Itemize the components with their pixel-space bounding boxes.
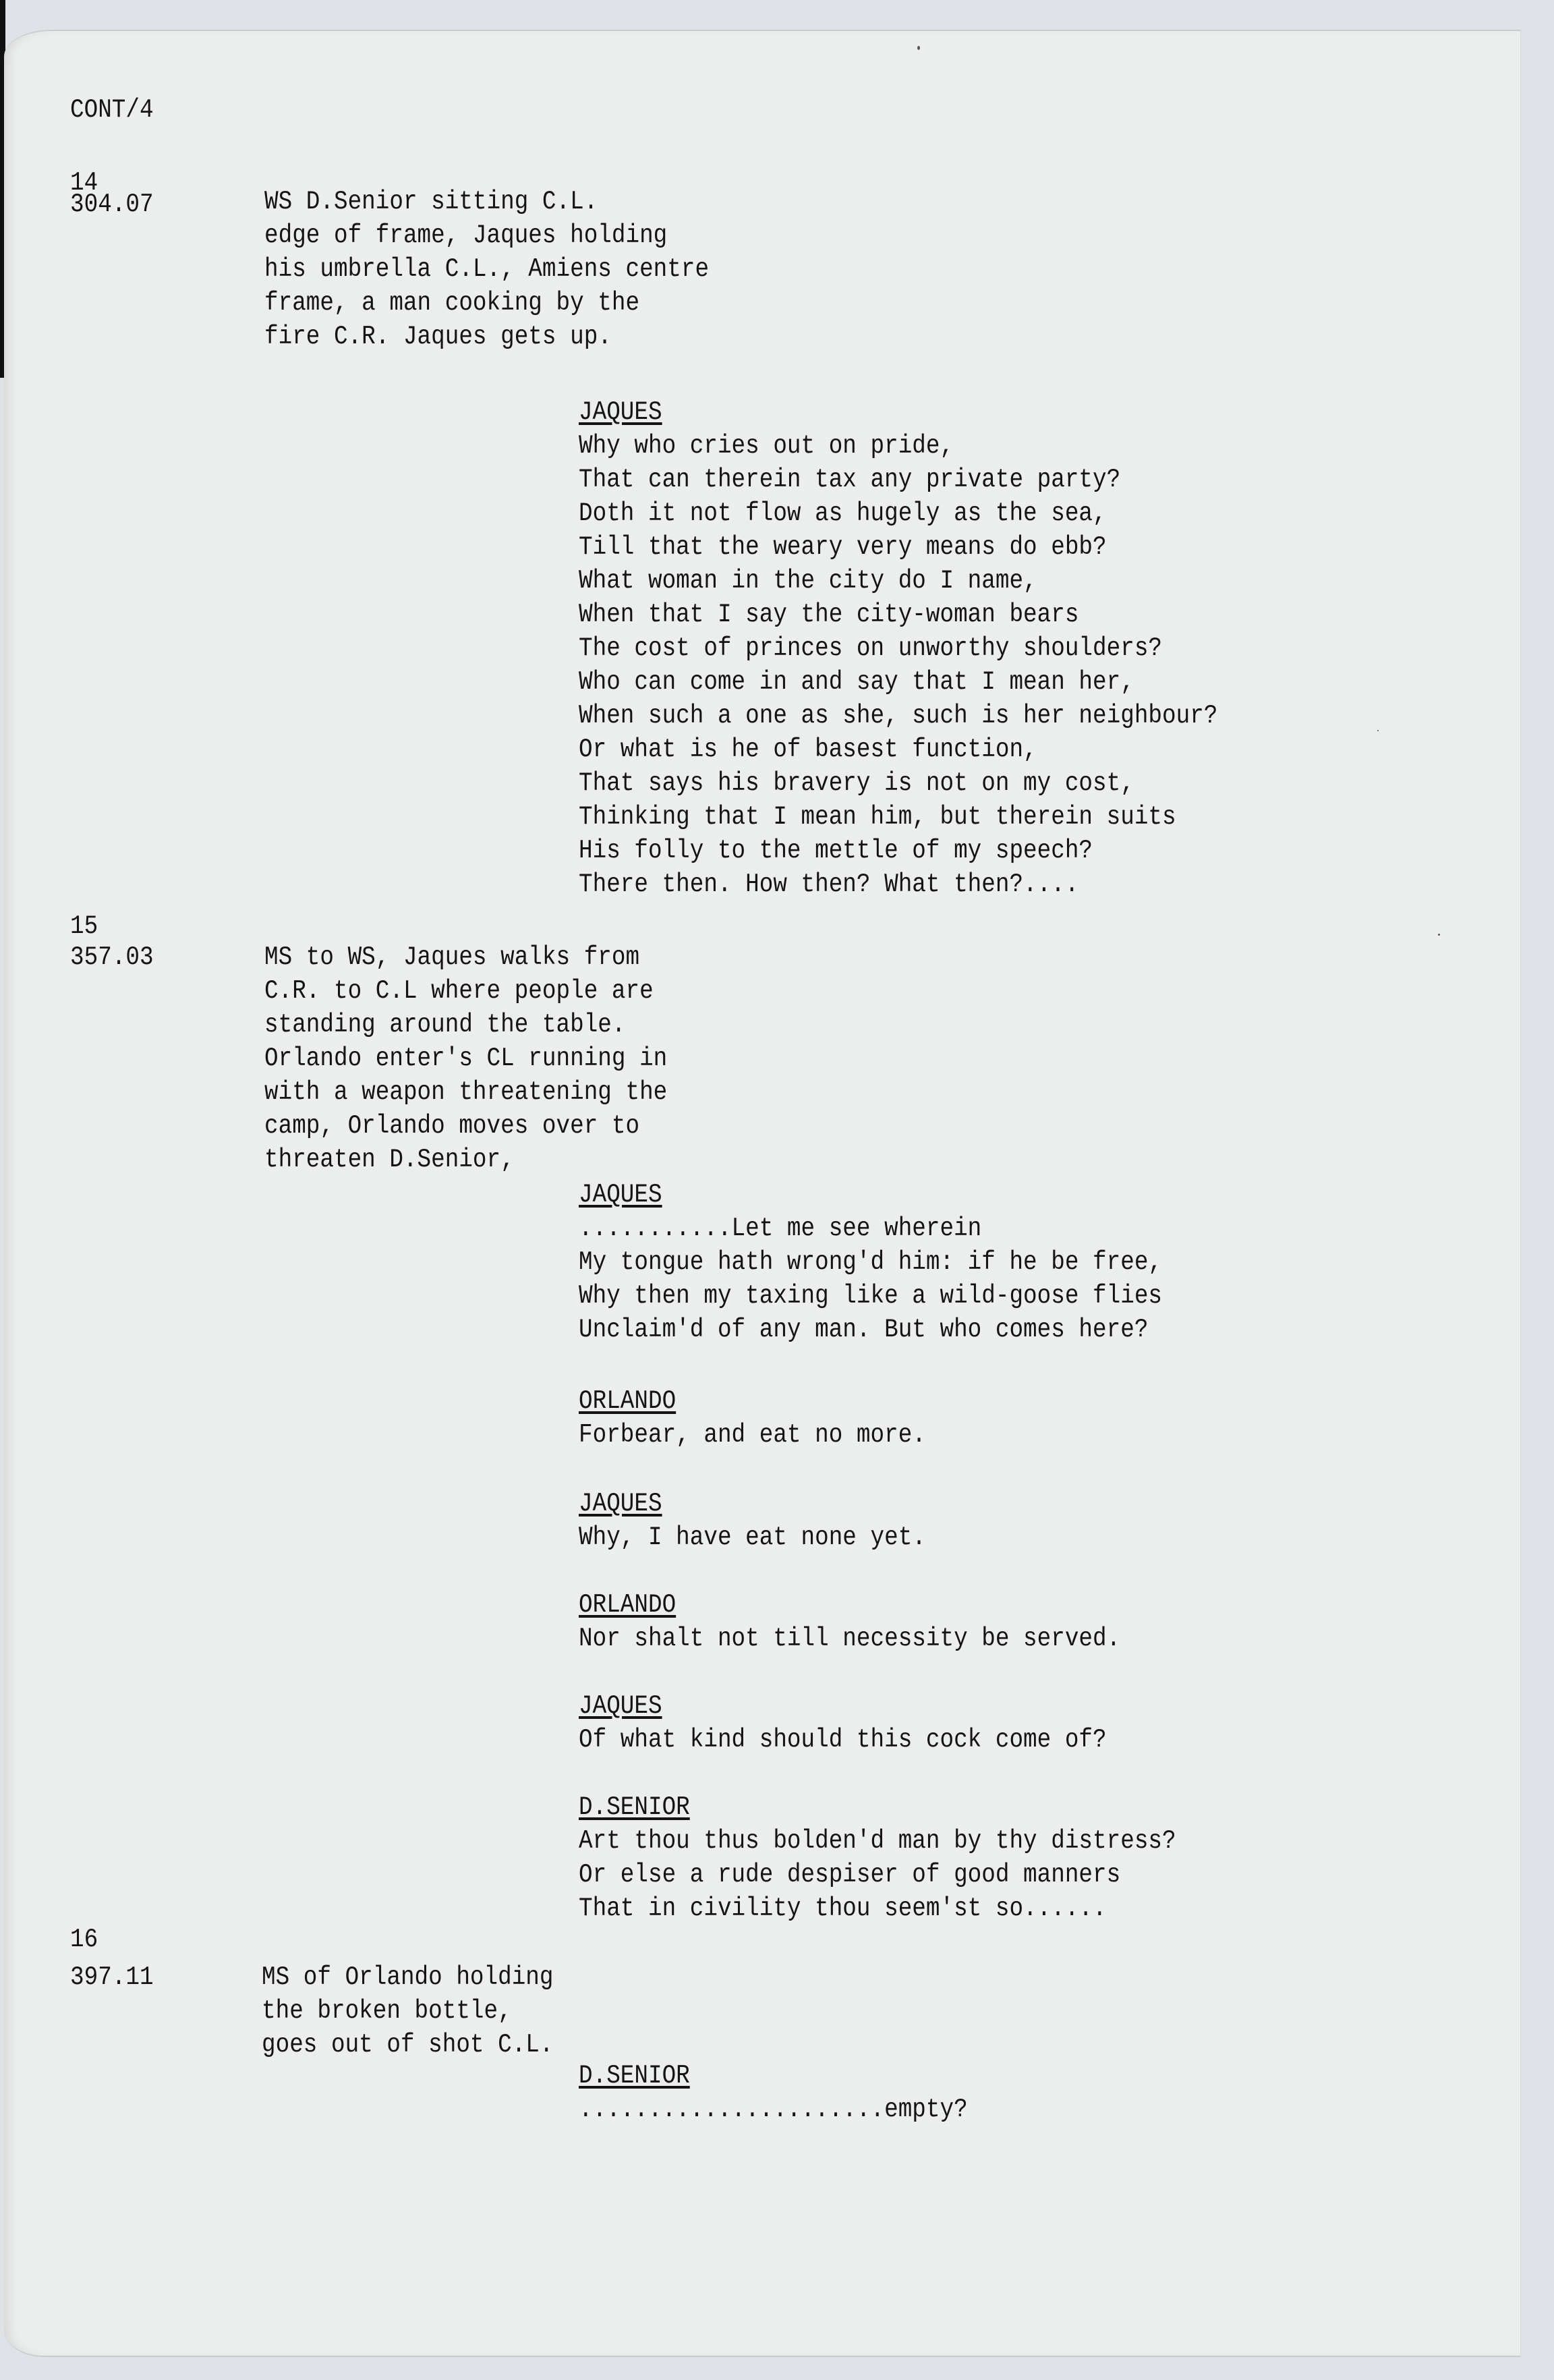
- shot-number: 16: [70, 1923, 98, 1956]
- speaker-name: JAQUES: [579, 1487, 926, 1521]
- shot-action: MS of Orlando holding the broken bottle,…: [262, 1960, 593, 2062]
- dialogue-line: Forbear, and eat no more.: [579, 1418, 926, 1452]
- dialogue-line: When that I say the city-woman bears: [579, 598, 1217, 631]
- dialogue-line: Who can come in and say that I mean her,: [579, 665, 1217, 699]
- scan-speck: [1438, 934, 1440, 936]
- dialogue-block: JAQUES ...........Let me see wherein My …: [579, 1178, 1242, 1347]
- speaker-name: ORLANDO: [579, 1588, 1120, 1622]
- action-line: goes out of shot C.L.: [262, 2028, 554, 2062]
- speaker-name: ORLANDO: [579, 1384, 926, 1418]
- action-line: Orlando enter's CL running in: [264, 1042, 667, 1075]
- shot-timecode: 357.03: [70, 940, 154, 974]
- dialogue-line: That can therein tax any private party?: [579, 463, 1217, 497]
- action-line: camp, Orlando moves over to: [264, 1109, 667, 1143]
- action-line: fire C.R. Jaques gets up.: [264, 320, 709, 353]
- dialogue-block: ORLANDO Nor shalt not till necessity be …: [579, 1588, 1195, 1655]
- dialogue-line: Till that the weary very means do ebb?: [579, 530, 1217, 564]
- dialogue-block: JAQUES Why, I have eat none yet.: [579, 1487, 973, 1554]
- action-line: MS of Orlando holding: [262, 1960, 554, 1994]
- dialogue-line: Art thou thus bolden'd man by thy distre…: [579, 1824, 1176, 1858]
- dialogue-line: Why, I have eat none yet.: [579, 1521, 926, 1554]
- speaker-name: JAQUES: [579, 395, 1217, 429]
- dialogue-block: ORLANDO Forbear, and eat no more.: [579, 1384, 973, 1452]
- speaker-name: JAQUES: [579, 1178, 1162, 1212]
- shot-timecode: 397.11: [70, 1960, 154, 1994]
- dialogue-line: ...........Let me see wherein: [579, 1212, 1162, 1245]
- dialogue-line: That in civility thou seem'st so......: [579, 1892, 1176, 1925]
- action-line: C.R. to C.L where people are: [264, 974, 667, 1008]
- dialogue-block: D.SENIOR ......................empty?: [579, 2059, 1020, 2126]
- page-label: CONT/4: [70, 93, 154, 127]
- dialogue-line: Unclaim'd of any man. But who comes here…: [579, 1313, 1162, 1347]
- dialogue-line: The cost of princes on unworthy shoulder…: [579, 631, 1217, 665]
- dialogue-block: JAQUES Why who cries out on pride, That …: [579, 395, 1305, 901]
- action-line: the broken bottle,: [262, 1994, 554, 2028]
- action-line: his umbrella C.L., Amiens centre: [264, 252, 709, 286]
- dialogue-line: Thinking that I mean him, but therein su…: [579, 800, 1217, 834]
- shot-action: WS D.Senior sitting C.L. edge of frame, …: [264, 185, 770, 353]
- speaker-name: JAQUES: [579, 1689, 1107, 1723]
- shot-number: 15: [70, 909, 98, 943]
- dialogue-line: That says his bravery is not on my cost,: [579, 766, 1217, 800]
- dialogue-line: My tongue hath wrong'd him: if he be fre…: [579, 1245, 1162, 1279]
- dialogue-line: There then. How then? What then?....: [579, 868, 1217, 901]
- dialogue-line: Nor shalt not till necessity be served.: [579, 1622, 1120, 1655]
- action-line: standing around the table.: [264, 1008, 667, 1042]
- speaker-name: D.SENIOR: [579, 1790, 1176, 1824]
- dialogue-line: His folly to the mettle of my speech?: [579, 834, 1217, 868]
- scan-speck: [917, 46, 920, 50]
- action-line: with a weapon threatening the: [264, 1075, 667, 1109]
- action-line: MS to WS, Jaques walks from: [264, 940, 667, 974]
- dialogue-line: Or what is he of basest function,: [579, 733, 1217, 766]
- action-line: frame, a man cooking by the: [264, 286, 709, 320]
- action-line: edge of frame, Jaques holding: [264, 219, 709, 252]
- action-line: WS D.Senior sitting C.L.: [264, 185, 709, 219]
- shot-action: MS to WS, Jaques walks from C.R. to C.L …: [264, 940, 722, 1177]
- shot-timecode: 304.07: [70, 188, 154, 221]
- dialogue-line: What woman in the city do I name,: [579, 564, 1217, 598]
- dialogue-line: Of what kind should this cock come of?: [579, 1723, 1107, 1757]
- dialogue-line: When such a one as she, such is her neig…: [579, 699, 1217, 733]
- dialogue-line: ......................empty?: [579, 2093, 968, 2126]
- dialogue-line: Why then my taxing like a wild-goose fli…: [579, 1279, 1162, 1313]
- dialogue-block: JAQUES Of what kind should this cock com…: [579, 1689, 1178, 1757]
- script-page: CONT/4 14 304.07 WS D.Senior sitting C.L…: [4, 30, 1521, 2357]
- dialogue-block: D.SENIOR Art thou thus bolden'd man by t…: [579, 1790, 1257, 1925]
- scan-speck: [1377, 730, 1379, 731]
- dialogue-line: Or else a rude despiser of good manners: [579, 1858, 1176, 1892]
- action-line: threaten D.Senior,: [264, 1143, 667, 1177]
- dialogue-line: Doth it not flow as hugely as the sea,: [579, 497, 1217, 530]
- speaker-name: D.SENIOR: [579, 2059, 968, 2093]
- dialogue-line: Why who cries out on pride,: [579, 429, 1217, 463]
